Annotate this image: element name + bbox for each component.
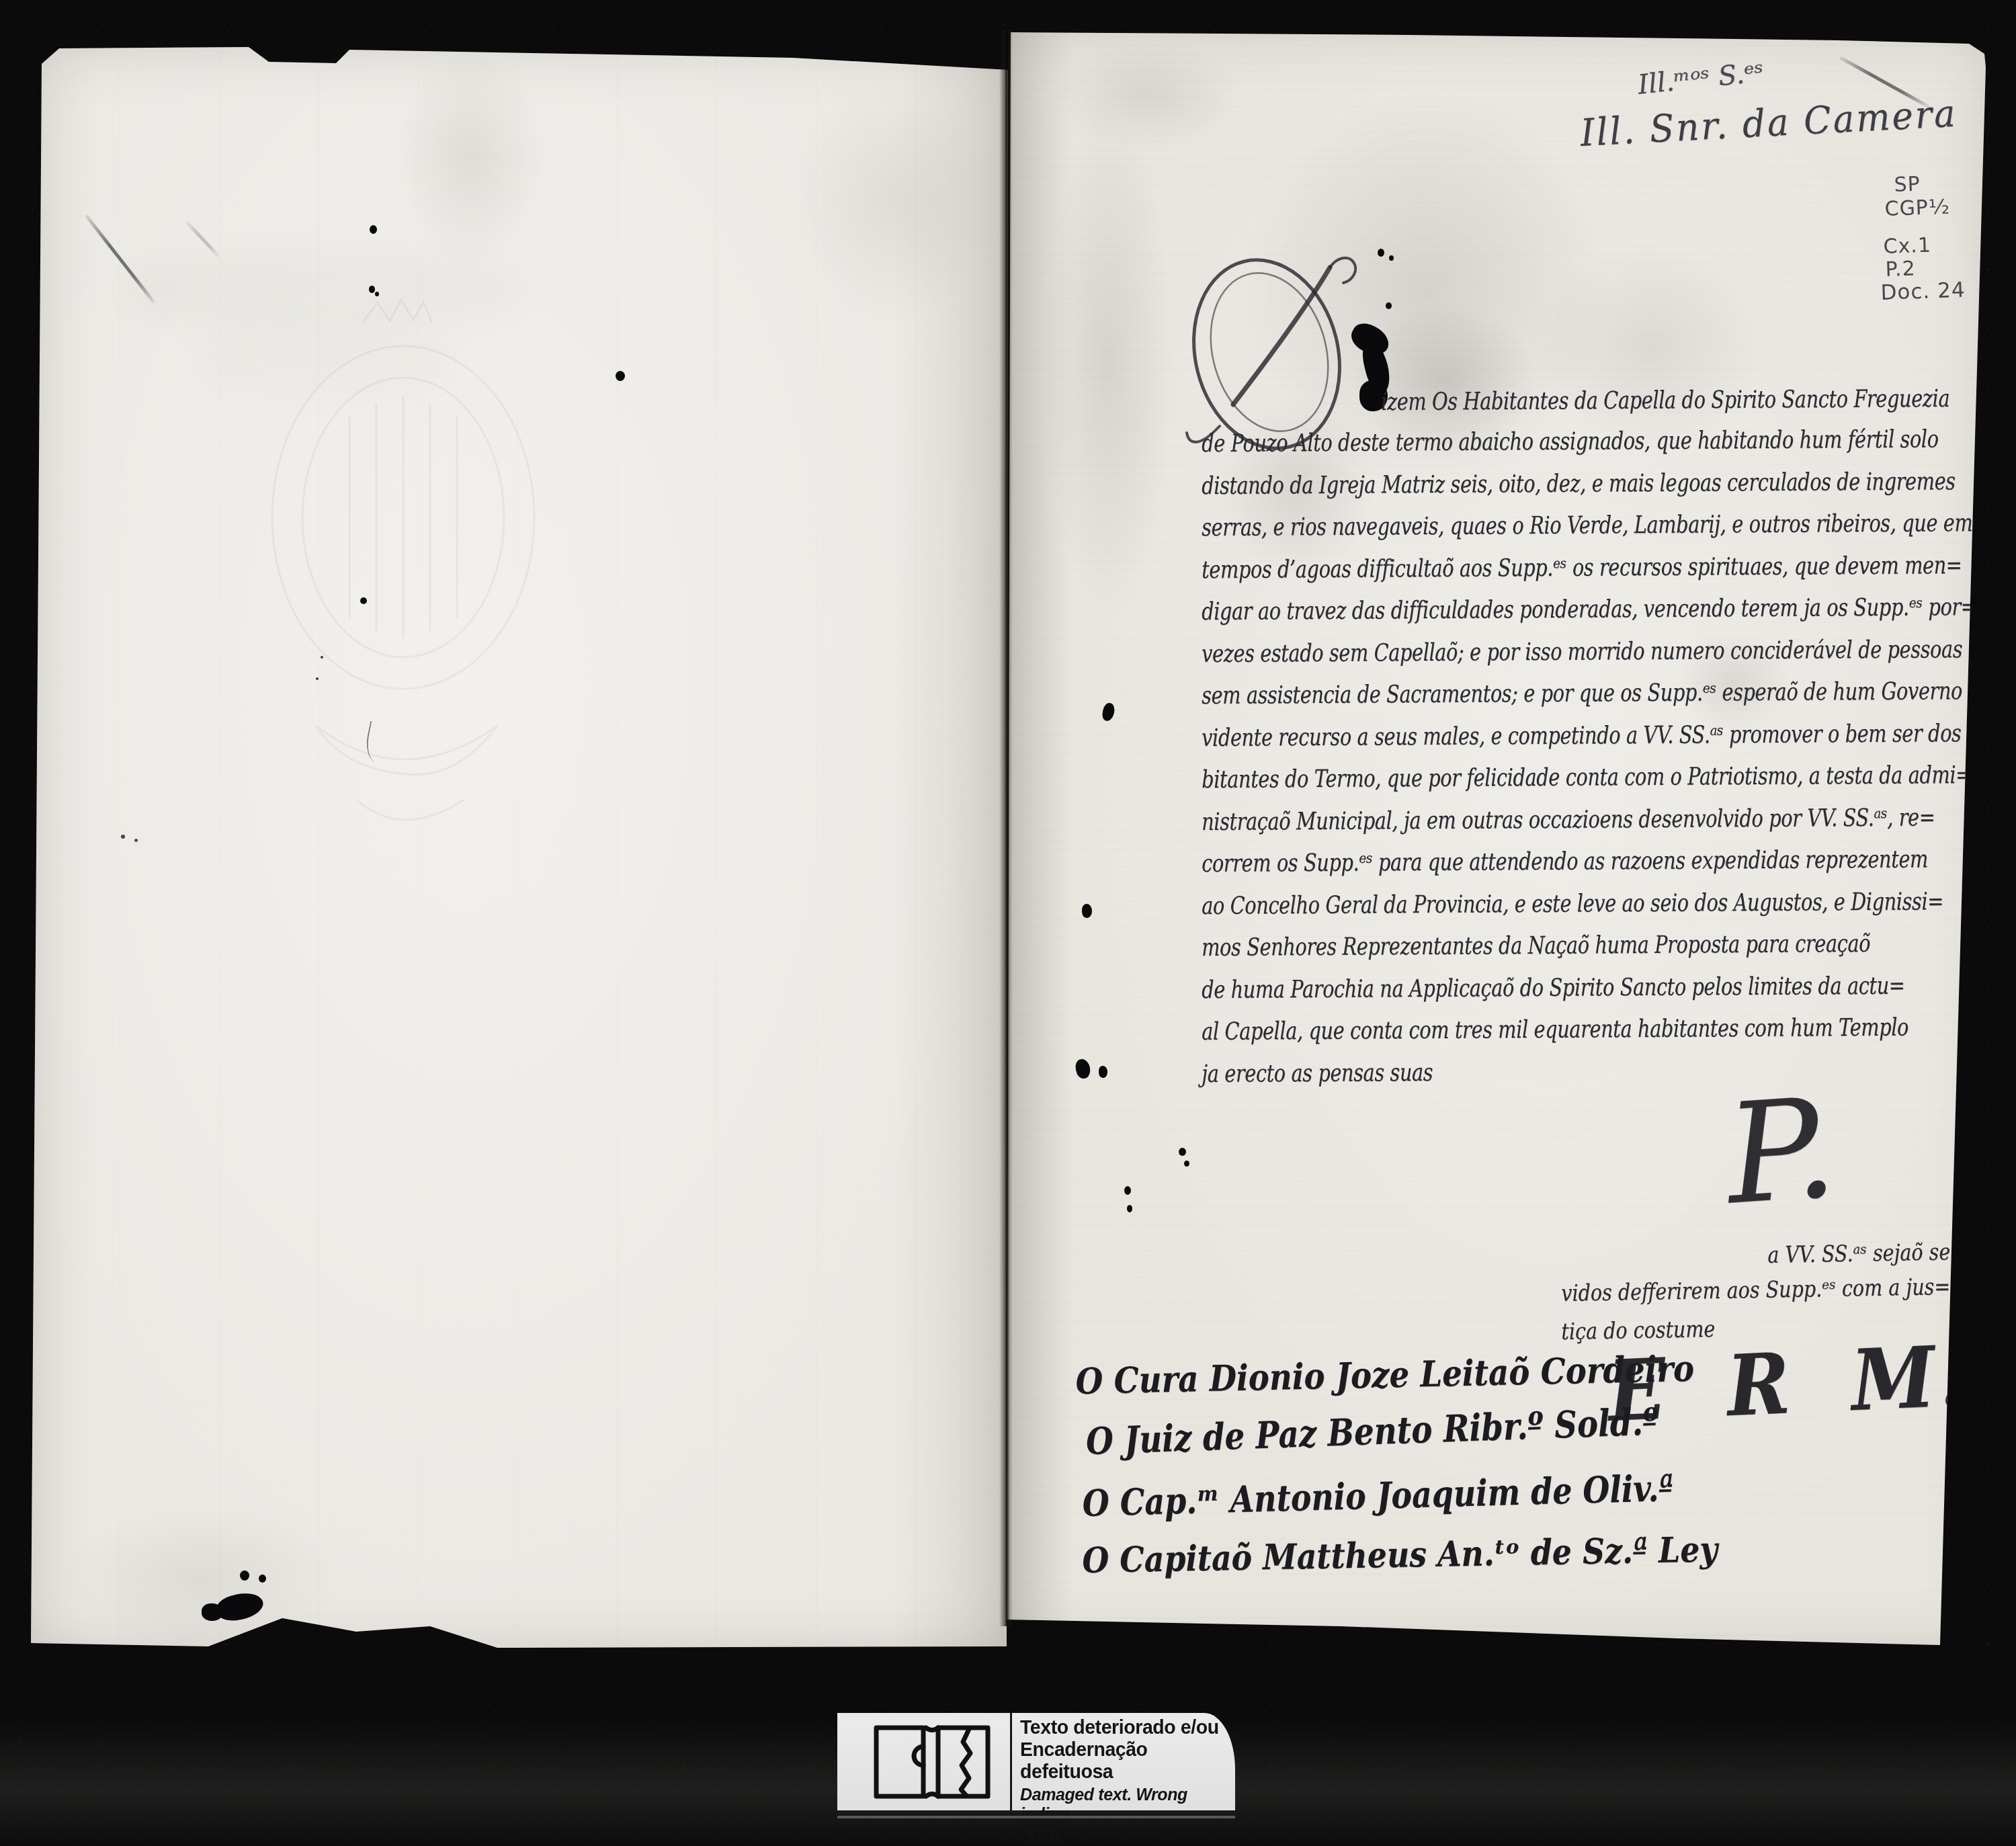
manuscript-line: bitantes do Termo, que por felicidade co… xyxy=(1202,761,1972,794)
damage-stamp: Texto deteriorado e/ou Encadernação defe… xyxy=(837,1713,1235,1813)
ink-blot xyxy=(202,1603,223,1621)
stamp-code: 0078 (*) xyxy=(1020,1826,1230,1846)
ink-dot xyxy=(316,677,319,680)
ink-dot xyxy=(360,597,367,604)
manuscript-line: serras, e rios navegaveis, quaes o Rio V… xyxy=(1202,509,1988,542)
manuscript-line: correm os Supp.ᵉˢ para que attendendo as… xyxy=(1202,845,1928,878)
ink-dot xyxy=(1378,249,1384,257)
stamp-line-pt1: Texto deteriorado e/ou xyxy=(1020,1717,1226,1739)
manuscript-line: ao Concelho Geral da Provincia, e este l… xyxy=(1202,888,1943,920)
ink-dot xyxy=(370,225,377,234)
stamp-code-note: (*) xyxy=(1066,1827,1077,1838)
manuscript-line: vidente recurso a seus males, e competin… xyxy=(1202,720,2007,752)
ink-dot xyxy=(240,1570,249,1581)
stamp-line-pt2: Encadernação defeituosa xyxy=(1020,1739,1226,1784)
ink-dot xyxy=(134,839,138,842)
ink-dot xyxy=(616,371,625,381)
archival-mark: P.2 xyxy=(1885,257,1916,282)
manuscript-line: mos Senhores Reprezentantes da Naçaõ hum… xyxy=(1202,930,1870,962)
ink-dot xyxy=(1124,1186,1131,1195)
manuscript-line: de Pouzo Alto deste termo abaicho assign… xyxy=(1202,425,1939,458)
manuscript-line: ja erecto as pensas suas xyxy=(1202,1059,1433,1088)
signature: O Cap.ᵐ Antonio Joaquim de Oliv.ª xyxy=(1082,1466,1674,1525)
stamp-text: Texto deteriorado e/ou Encadernação defe… xyxy=(1020,1716,1230,1846)
ink-dot xyxy=(369,286,375,293)
ink-dot xyxy=(1184,1161,1189,1167)
header-addressee: Ill. Snr. da Camera xyxy=(1579,92,1958,155)
ink-blot xyxy=(1075,1058,1092,1079)
left-page xyxy=(20,40,1011,1653)
ink-dot xyxy=(259,1575,266,1583)
right-page: Ill.ᵐᵒˢ S.ᵉˢ Ill. Snr. da Camera SP CGP¹… xyxy=(1005,27,1992,1653)
ink-dot xyxy=(1386,302,1392,309)
manuscript-line: izem Os Habitantes da Capella do Spirito… xyxy=(1381,385,1949,416)
ink-dot xyxy=(375,292,379,296)
manuscript-line: sem assistencia de Sacramentos; e por qu… xyxy=(1202,677,2016,710)
damaged-book-icon xyxy=(868,1720,996,1804)
ink-dot xyxy=(321,656,323,659)
petition-line: a VV. SS.ᵃˢ sejaõ ser= xyxy=(1767,1239,1976,1269)
stamp-divider xyxy=(1010,1713,1012,1810)
ink-dot xyxy=(121,835,125,839)
ink-blot xyxy=(1101,702,1116,722)
manuscript-line: tempos d’agoas difficultaõ aos Supp.ᵉˢ o… xyxy=(1202,552,1962,584)
signature: O Juiz de Paz Bento Ribr.º Sold.º xyxy=(1085,1399,1659,1463)
water-stain xyxy=(1052,40,1240,148)
manuscript-line: al Capella, que conta com tres mil equar… xyxy=(1202,1014,1908,1046)
stamp-underline xyxy=(837,1816,1235,1818)
signature: O Cura Dionio Joze Leitaõ Cordeiro xyxy=(1075,1348,1695,1402)
manuscript-line: vezes estado sem Capellaõ; e por isso mo… xyxy=(1202,636,1962,668)
petition-initial: P. xyxy=(1722,1080,1840,1225)
manuscript-line: distando da Igreja Matriz seis, oito, de… xyxy=(1202,468,1956,500)
ink-dot xyxy=(1127,1205,1132,1212)
watermark-crest-icon xyxy=(222,282,598,874)
water-stain xyxy=(1536,242,1764,450)
archival-mark: Cx.1 xyxy=(1883,234,1932,259)
header-honorific: Ill.ᵐᵒˢ S.ᵉˢ xyxy=(1636,56,1765,100)
paper-stain xyxy=(793,81,995,323)
manuscript-line: digar ao travez das difficuldades ponder… xyxy=(1202,593,1977,626)
signature: O Capitaõ Mattheus An.ᵗᵒ de Sz.ª Ley xyxy=(1082,1529,1718,1581)
binding-gutter xyxy=(999,30,1013,1626)
ink-dot xyxy=(1389,255,1394,261)
water-stain xyxy=(1045,108,1173,618)
petition-line: vidos defferirem aos Supp.ᵉˢ com a jus= xyxy=(1561,1273,1951,1307)
manuscript-line: nistraçaõ Municipal, ja em outras occazi… xyxy=(1202,804,1935,836)
ink-blot xyxy=(1099,1066,1107,1078)
archival-mark: CGP¹⁄₂ xyxy=(1884,196,1951,221)
ink-blot xyxy=(1082,904,1092,918)
ink-dot xyxy=(1179,1148,1186,1156)
archival-mark: Doc. 24 xyxy=(1880,278,1966,305)
manuscript-line: de huma Parochia na Applicaçaõ do Spirit… xyxy=(1202,972,1905,1004)
stamp-line-en: Damaged text. Wrong inding xyxy=(1020,1786,1230,1824)
archival-mark: SP xyxy=(1894,173,1921,197)
archival-scan: Ill.ᵐᵒˢ S.ᵉˢ Ill. Snr. da Camera SP CGP¹… xyxy=(0,0,2016,1846)
